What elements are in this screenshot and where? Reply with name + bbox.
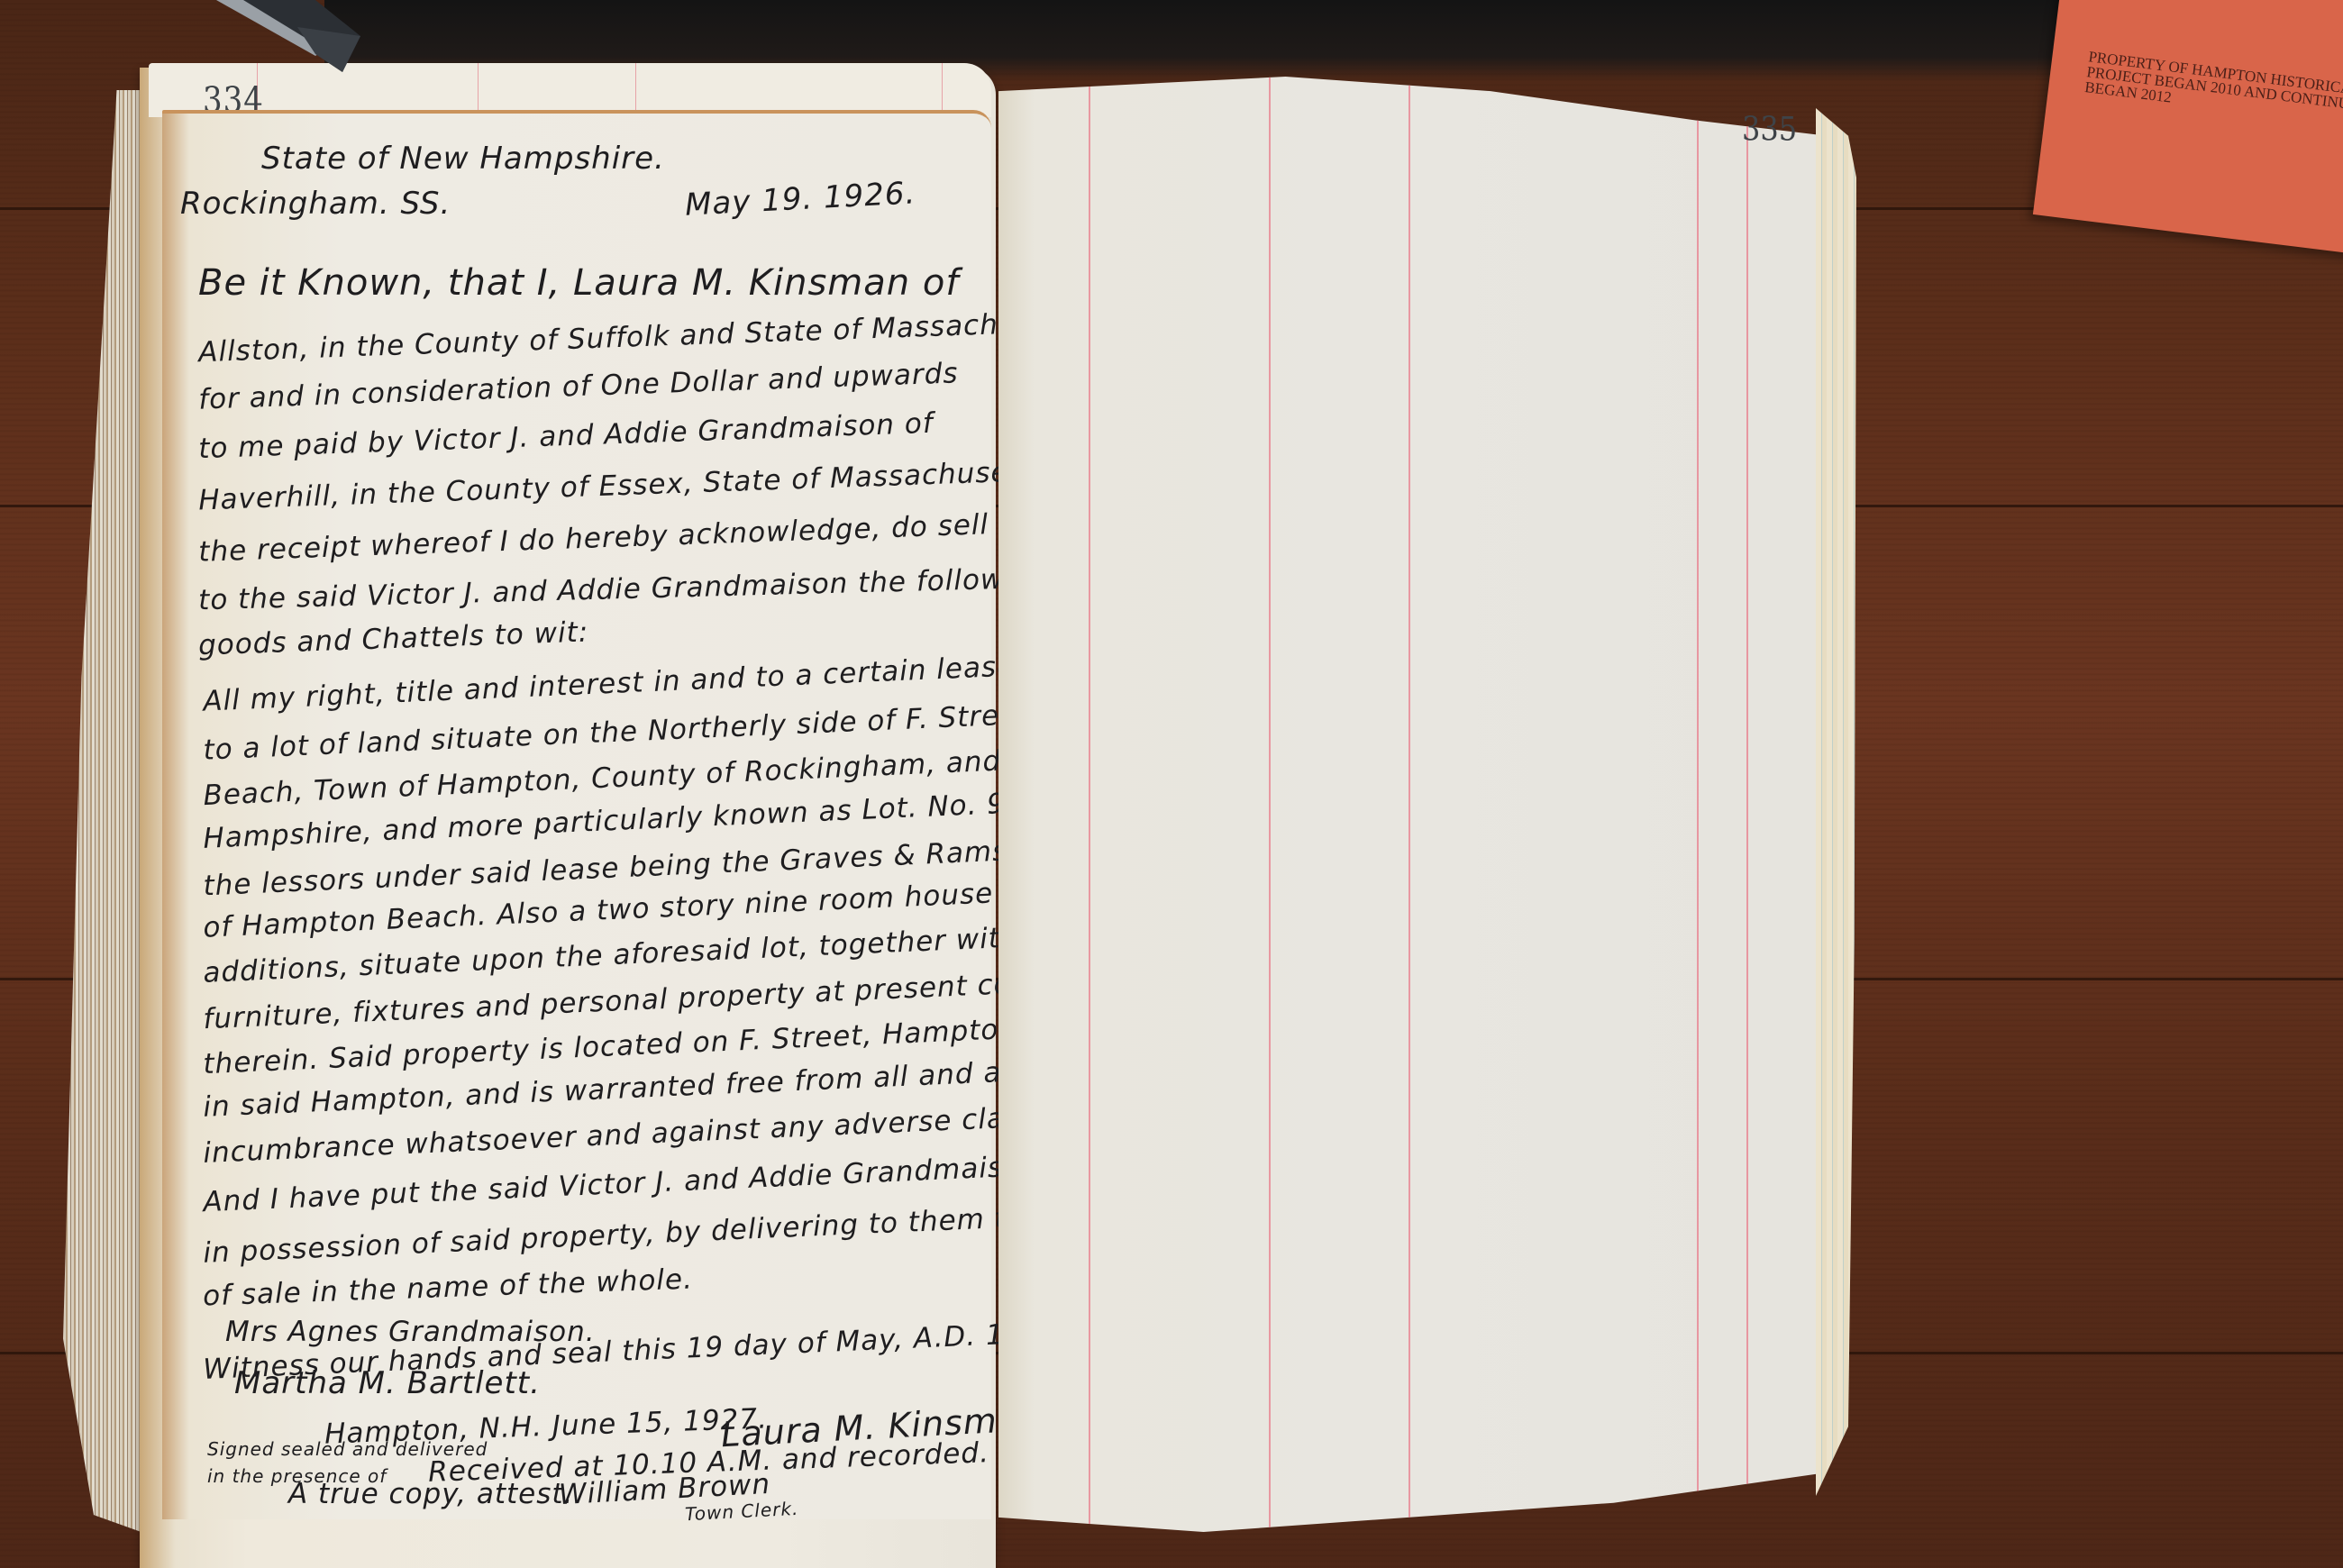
deed-line: to me paid by Victor J. and Addie Grandm… [198, 407, 934, 465]
page-number-right: 335 [1742, 109, 1797, 149]
ledger-rule [1089, 77, 1090, 1532]
binder-clip-icon [207, 0, 378, 90]
handwritten-deed-sheet: State of New Hampshire. May 19. 1926. Ro… [162, 110, 991, 1519]
deed-line: Be it Known, that I, Laura M. Kinsman of [198, 262, 959, 304]
property-label-card: PROPERTY OF HAMPTON HISTORICAL PROJECT B… [2033, 0, 2343, 260]
right-page-blank [998, 77, 1819, 1532]
deed-line: goods and Chattels to wit: [198, 615, 589, 661]
ledger-rule [1409, 77, 1410, 1532]
ledger-rule [1269, 77, 1271, 1532]
header-date: May 19. 1926. [684, 175, 916, 223]
ledger-rule [1697, 77, 1699, 1532]
header-state: State of New Hampshire. [261, 141, 665, 177]
deed-line: for and in consideration of One Dollar a… [198, 357, 959, 415]
deed-line: Haverhill, in the County of Essex, State… [198, 455, 1049, 517]
header-county: Rockingham. SS. [180, 186, 451, 222]
recording-attest: A true copy, attest. [288, 1478, 573, 1510]
label-text: PROPERTY OF HAMPTON HISTORICAL PROJECT B… [2084, 49, 2343, 136]
witness-signature: Martha M. Bartlett. [234, 1365, 541, 1401]
deed-line: of sale in the name of the whole. [203, 1263, 694, 1313]
witness-signature: Mrs Agnes Grandmaison. [225, 1316, 596, 1348]
ledger-rule [1746, 77, 1748, 1532]
right-page-edges [1816, 108, 1856, 1496]
deed-line: to the said Victor J. and Addie Grandmai… [198, 562, 1051, 617]
